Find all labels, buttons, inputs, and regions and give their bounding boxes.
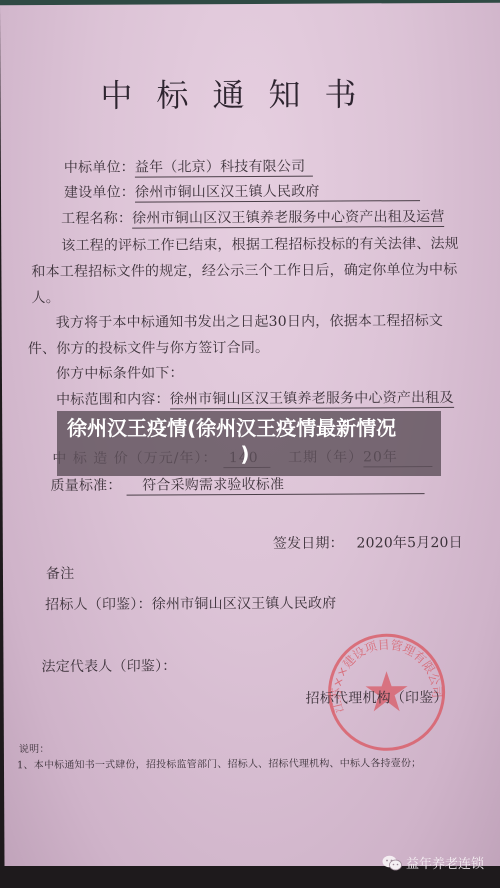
wechat-icon xyxy=(382,855,402,871)
paragraph-2-line-2: 件、你方的投标文件与你方签订合同。 xyxy=(28,337,270,358)
paragraph-1-line-3: 人。 xyxy=(31,287,60,307)
scope-row: 中标范围和内容：徐州市铜山区汉王镇养老服务中心资产出租及 xyxy=(56,387,454,409)
construction-unit-value: 徐州市铜山区汉王镇人民政府 xyxy=(135,183,420,202)
caption-line-2: ) xyxy=(67,441,423,467)
legal-representative-label: 法定代表人（印鉴）： xyxy=(41,655,176,676)
construction-unit-label: 建设单位： xyxy=(64,185,135,201)
notes-label: 说明： xyxy=(19,740,50,755)
paragraph-3: 你方中标条件如下： xyxy=(56,362,184,383)
caption-overlay: 徐州汉王疫情(徐州汉王疫情最新情况 ) xyxy=(57,411,441,476)
wechat-watermark: 益年养老连锁 xyxy=(382,853,484,872)
construction-unit-row: 建设单位：徐州市铜山区汉王镇人民政府 xyxy=(64,180,420,202)
remarks-label: 备注 xyxy=(46,563,75,583)
winning-unit-label: 中标单位： xyxy=(64,160,135,176)
project-name-value: 徐州市铜山区汉王镇养老服务中心资产出租及运营 xyxy=(132,209,444,229)
issue-date-label: 签发日期： xyxy=(273,536,344,552)
scope-value: 徐州市铜山区汉王镇养老服务中心资产出租及 xyxy=(170,390,454,409)
document-title: 中标通知书 xyxy=(100,69,380,116)
watermark-text: 益年养老连锁 xyxy=(406,853,484,872)
quality-row: 质量标准： 符合采购需求验收标准 xyxy=(50,473,424,495)
paragraph-1-line-1: 该工程的评标工作已结束，根据工程招标投标的有关法律、法规 xyxy=(61,233,459,255)
paragraph-1-line-2: 和本工程招标文件的规定，经公示三个工作日后，确定你单位为中标 xyxy=(31,259,457,281)
issue-date-value: 2020年5月20日 xyxy=(356,535,462,552)
paragraph-2-line-1: 我方将于本中标通知书发出之日起30日内，依据本工程招标文 xyxy=(56,310,444,332)
project-name-row: 工程名称：徐州市铜山区汉王镇养老服务中心资产出租及运营 xyxy=(61,206,445,228)
note-1: 1、本中标通知书一式肆份，招投标监管部门、招标人、招标代理机构、中标人各持壹份； xyxy=(17,754,421,771)
tenderer-label: 招标人（印鉴）： xyxy=(45,597,152,614)
quality-label: 质量标准： xyxy=(50,478,121,494)
caption-text: 徐州汉王疫情(徐州汉王疫情最新情况 ) xyxy=(67,415,437,467)
winning-unit-row: 中标单位：益年（北京）科技有限公司 xyxy=(64,156,314,177)
tenderer-row: 招标人（印鉴）：徐州市铜山区汉王镇人民政府 xyxy=(45,593,336,615)
caption-line-1: 徐州汉王疫情(徐州汉王疫情最新情况 xyxy=(67,416,396,440)
scope-label: 中标范围和内容： xyxy=(56,391,170,408)
quality-value: 符合采购需求验收标准 xyxy=(126,476,424,496)
winning-unit-value: 益年（北京）科技有限公司 xyxy=(135,159,313,178)
project-name-label: 工程名称： xyxy=(61,211,132,227)
issue-date-row: 签发日期： 2020年5月20日 xyxy=(273,532,463,553)
agency-label: 招标代理机构（印鉴） xyxy=(306,687,448,708)
tenderer-value: 徐州市铜山区汉王镇人民政府 xyxy=(152,596,337,613)
